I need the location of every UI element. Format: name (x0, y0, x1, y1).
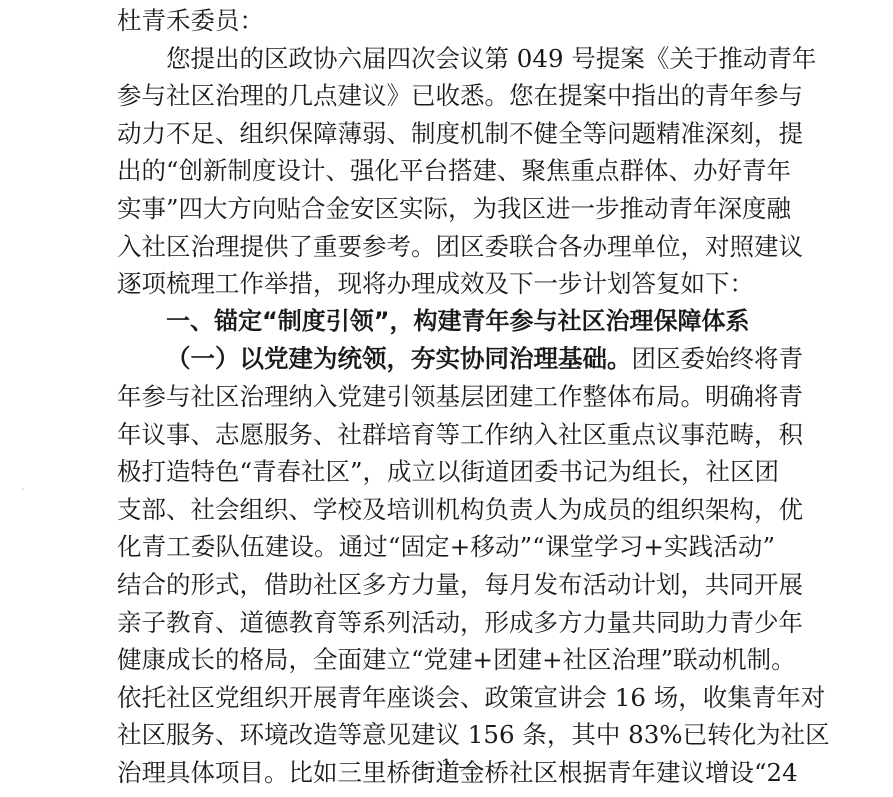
document-page: 杜青禾委员： 您提出的区政协六届四次会议第 049 号提案《关于推动青年 参与社… (0, 0, 893, 797)
intro-line-7: 逐项梳理工作举措，现将办理成效及下一步计划答复如下： (117, 265, 775, 303)
intro-line-5: 实事”四大方向贴合金安区实际，为我区进一步推动青年深度融 (117, 190, 775, 228)
intro-line-1: 您提出的区政协六届四次会议第 049 号提案《关于推动青年 (117, 40, 775, 78)
intro-line-2: 参与社区治理的几点建议》已收悉。您在提案中指出的青年参与 (117, 77, 775, 115)
body-line-9: 依托社区党组织开展青年座谈会、政策宣讲会 16 场，收集青年对 (117, 679, 775, 717)
subsection-title: （一）以党建为统领，夯实协同治理基础。 (166, 344, 632, 373)
page-number: — 1 — (0, 755, 893, 779)
body-line-1: 年参与社区治理纳入党建引领基层团建工作整体布局。明确将青 (117, 378, 775, 416)
body-line-6: 结合的形式，借助社区多方力量，每月发布活动计划，共同开展 (117, 566, 775, 604)
body-line-3: 极打造特色“青春社区”，成立以街道团委书记为组长，社区团 (117, 453, 775, 491)
body-line-8: 健康成长的格局，全面建立“党建+团建+社区治理”联动机制。 (117, 641, 775, 679)
intro-line-3: 动力不足、组织保障薄弱、制度机制不健全等问题精准深刻，提 (117, 115, 775, 153)
body-line-4: 支部、社会组织、学校及培训机构负责人为成员的组织架构，优 (117, 491, 775, 529)
subsection-lead-line: （一）以党建为统领，夯实协同治理基础。团区委始终将青 (117, 340, 775, 378)
body-line-10: 社区服务、环境改造等意见建议 156 条，其中 83%已转化为社区 (117, 716, 775, 754)
section-heading: 一、锚定“制度引领”，构建青年参与社区治理保障体系 (117, 303, 775, 341)
subsection-lead-text: 团区委始终将青 (632, 344, 804, 373)
letter-body: 杜青禾委员： 您提出的区政协六届四次会议第 049 号提案《关于推动青年 参与社… (117, 2, 775, 791)
scan-artifact (22, 488, 24, 490)
body-line-2: 年议事、志愿服务、社群培育等工作纳入社区重点议事范畴，积 (117, 416, 775, 454)
body-line-5: 化青工委队伍建设。通过“固定+移动”“课堂学习+实践活动” (117, 528, 775, 566)
salutation: 杜青禾委员： (117, 2, 775, 40)
intro-line-6: 入社区治理提供了重要参考。团区委联合各办理单位，对照建议 (117, 228, 775, 266)
body-line-7: 亲子教育、道德教育等系列活动，形成多方力量共同助力青少年 (117, 604, 775, 642)
intro-line-4: 出的“创新制度设计、强化平台搭建、聚焦重点群体、办好青年 (117, 152, 775, 190)
